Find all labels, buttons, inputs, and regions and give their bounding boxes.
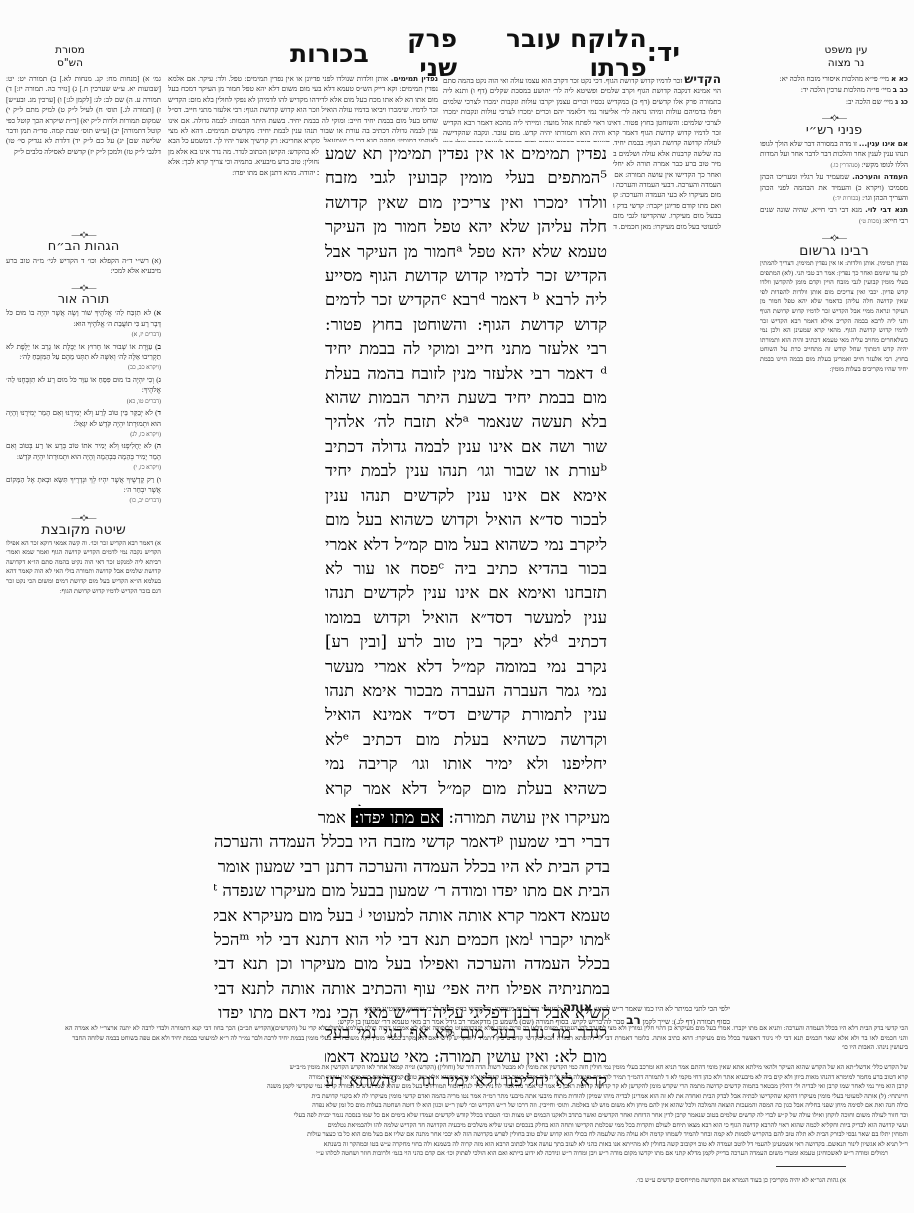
ein-mishpat-title: עין משפט xyxy=(806,44,886,57)
gemara-line: דכתיב ᵈלא יבקר בין טוב לרע [ובין רע] xyxy=(325,630,607,654)
commentary-line: ר״ל תניא לא אגשיון לינור תנאשם. בקדושה ר… xyxy=(65,1140,908,1150)
gemara-line: חלה עליהן שלא יהא טפל חמור מן העיקר xyxy=(325,215,607,239)
gemara-line: ענין למעשר דסד״א הואיל וקדוש במומו xyxy=(325,606,607,630)
gemara-line: ᵈ דאמר רבי אלעזר מנין לזובח בהמה בעלת xyxy=(325,362,607,386)
gemara-line: שור ושה אם אינו ענין לבמה גדולה דכתיב xyxy=(325,435,607,459)
torah-or-title: תורה אור xyxy=(6,295,161,305)
ein-mishpat-entry: כא א מיי׳ פי״א מהלכות איסורי מזבח הלכה י… xyxy=(760,74,908,84)
rashi-opening-word: הקדיש xyxy=(684,74,721,86)
torah-or-verse: ב) עַוֶּרֶת אוֹ שָׁבוּר אוֹ חָרוּץ אוֹ י… xyxy=(6,342,161,374)
masoret-hashas-column: גמ׳ א) [מנחות מח: קנ. מנחות לא.] ב) תמור… xyxy=(6,74,161,869)
gemara-line: בלא תעשה שנאמר ᵃלא תזבח לה׳ אלהיך xyxy=(325,410,607,434)
gemara-line: ⁵המתפים בעלי מומין קבועין לגבי מזבח xyxy=(325,166,607,190)
rabbeinu-gershom-title: רבינו גרשום xyxy=(760,246,908,256)
gemara-line: דברי רבי שמעון ᵖדאמר קדשי מזבח היו בכלל … xyxy=(214,830,610,854)
gemara-line: תזבחנו ואימא אם אינו ענין לקדשים תנהו xyxy=(325,581,607,605)
gemara-line: וולדו ימכרו ואין צריכין מום שאין קדושה xyxy=(325,191,607,215)
gemara-line: קדוש קדושת הגוף: והשוחטן בחוץ פטור: xyxy=(325,313,607,337)
gemara-line: לבכור סד״א הואיל וקדוש כשהוא בעל מום xyxy=(325,508,607,532)
daf-number: יד: xyxy=(647,38,680,68)
commentary-line: וכר חזור לעולה משום וחוכה לוקחן ואילו עו… xyxy=(65,1111,908,1121)
hagahot-habach-title: הגהות הב״ח xyxy=(6,242,161,252)
gemara-line: רבי אלעזר מתני חייב ומוקי לה בבמת יחיד xyxy=(325,337,607,361)
gemara-line: מום בבמת יחיד בשעת היתר הבמות שהוא xyxy=(325,386,607,410)
torah-or-verse: ג) וְכִי יִהְיֶה בוֹ מוּם פִּסֵּחַ אוֹ ע… xyxy=(6,375,161,407)
rashi-bottom-line: ילפי הכי לתני כמיתר לא היו כמו שאמר ר״ש … xyxy=(170,1002,730,1015)
gemara-line: טעמא שלא יהא טפל ᵃחמור מן העיקר אבל xyxy=(325,240,607,264)
gemara-line: טעמא דאמר קרא אותה אותה למעוטי ʲ בעל מום… xyxy=(214,904,610,928)
gemara-line: הקדיש זכר לדמיו קדוש קדושת הגוף מסייע xyxy=(325,264,607,288)
commentary-line: של הקדש כלל׳ אדשל״תא הא של הקדש שהוא העי… xyxy=(65,1063,908,1073)
gemara-line: בדק הבית לא היו בכלל העמדה והערכה דתנן ר… xyxy=(214,855,610,879)
ner-mitzvah-title: נר מצוה xyxy=(806,57,886,70)
torah-or-verse: ו) רַק קָדָשֶׁיךָ אֲשֶׁר יִהְיוּ לְךָ וּ… xyxy=(6,475,161,507)
gemara-line: במתניתיה אפילו חיה אפי׳ עוף והכתיב אותה … xyxy=(214,977,610,1001)
mishna-quote-highlight: אם מתו יפדו: xyxy=(351,808,443,827)
masoret-title: מסורת xyxy=(40,44,100,57)
gemara-line: ענין לתמורת קדשים דס״ד אמינא הואיל xyxy=(325,703,607,727)
commentary-line: כולה חנה ואת אם לסימה מיחן שפני בחליה אב… xyxy=(65,1101,908,1111)
gemara-line: כשהיא בעלת מום קמ״ל דלא אמר קרא xyxy=(325,777,607,801)
ein-mishpat-entry: כב ב מיי׳ פי״ה מהלכות ערכין הלכה יד: xyxy=(760,85,908,95)
torah-or-verse: ה) לֹא יַחֲלִיפֶנּוּ וְלֹא יָמִיר אֹתוֹ … xyxy=(6,441,161,473)
bottom-commentary-full: של הקדש כלל׳ אדשל״תא הא של הקדש שהוא העי… xyxy=(65,1063,908,1159)
gemara-line: יחליפנו ולא ימיר אותו וגו׳ קריבה נמי xyxy=(325,752,607,776)
gemara-line: הבית אם מתו יפדו ומודה ר׳ שמעון בבעל מום… xyxy=(214,879,610,903)
commentary-line: חיינתחי: (ל) אותה למעוטי בעלי מומין מעיק… xyxy=(65,1092,908,1102)
masoret-hashas-header: מסורת הש"ס xyxy=(40,44,100,70)
shita-mekubetzet-title: שיטה מקובצת xyxy=(6,525,161,535)
gemara-line: בכלל העמדה והערכה ואפילו בעל מום מעיקרו … xyxy=(214,952,610,976)
ein-mishpat-entry: כג ג מיי׳ שם הלכה יב: xyxy=(760,97,908,107)
page-header: יד: הלוקח עובר פרתו פרק שני בכורות xyxy=(290,38,680,68)
gemara-line: ᵏמתו יקברו ˡמאן חכמים תנא דבי לוי הוא דת… xyxy=(214,928,610,952)
torah-or-verse: ד) לֹא יְבַקֵּר בֵּין טוֹב לָרַע וְלֹא י… xyxy=(6,408,161,440)
penei-rashi-entry: אם אינו ענין... זו מדה במסורה דבר שלא הו… xyxy=(760,139,908,171)
tractate-name: בכורות xyxy=(290,39,369,68)
bottom-commentary-left: ופשוט כל תורה אלא לא אמרינן דהוה חולין ב… xyxy=(65,1024,470,1062)
rabbeinu-gershom-text: נפדין תמימין. אותן וולדות: או אין נפדין … xyxy=(760,259,908,879)
hashas-title: הש"ס xyxy=(40,57,100,70)
masoret-hashas-text: גמ׳ א) [מנחות מח: קנ. מנחות לא.] ב) תמור… xyxy=(6,74,161,224)
ein-mishpat-header: עין משפט נר מצוה xyxy=(806,44,886,70)
ein-mishpat-column: כא א מיי׳ פי״א מהלכות איסורי מזבח הלכה י… xyxy=(760,74,908,879)
commentary-line: רמולים ומודה ר״ש לאשכוחינן טעמא ומטרי מש… xyxy=(65,1149,908,1159)
gemara-line: נמי גמר העברה העברה מבכור אימא תנהו xyxy=(325,679,607,703)
gemara-line: ליה לרבא ᵇ דאמר ᵈרבא ᶜהקדיש זכר לדמים xyxy=(325,288,607,312)
penei-rashi-title: פניני רש״י xyxy=(760,126,908,136)
gemara-line: נקרב נמי במומה קמ״ל דלא אמרי מעשר xyxy=(325,655,607,679)
commentary-line: והמחין יתלו בם שאר גבסי לבורק הבית לא תל… xyxy=(65,1130,908,1140)
gemara-line: אימא אם אינו ענין לקדשים תנהו ענין xyxy=(325,484,607,508)
gemara-line: בכור בהדיא כתיב ביה ᶜפסח או עור לא xyxy=(325,557,607,581)
hagahot-habach-text: (א) רש״י ד״ה הקפלא וכו׳ ד הקדיש לגי׳ מ״ה… xyxy=(6,256,161,277)
bottom-commentary-right: הכי קדשי בדק הבית דלא היו בכלל העמדה והע… xyxy=(468,1024,908,1062)
commentary-line: קרבן הוא מיר נמי לאחר שמו קרבן ואי לבדיה… xyxy=(65,1082,908,1092)
gemara-highlight-line: מעיקרו אין עושה תמורה: אם מתו יפדו: אמר xyxy=(214,806,610,830)
gemara-line: ᵇעורת או שבור וגו׳ תנהו ענין לבמת יחיד xyxy=(325,459,607,483)
torah-or-verse: א) לא תִזְבַּח לַה׳ אֱלֹהֶיךָ שׁוֹר וָשֶ… xyxy=(6,308,161,340)
gemara-line: ליקרב נמי כשהוא בעל מום קמ״ל דלא אמרי xyxy=(325,533,607,557)
penei-rashi-entry: העמדה והערכה. שמעמיד על רגליו ומעריכו הכ… xyxy=(760,172,908,204)
commentary-line: קרא דטוב ברע מחמר למימרא דהנהו מאות ביוו… xyxy=(65,1073,908,1083)
commentary-line: ועשי קדושה הוא לבדיק ביות וחקליא לכמה שה… xyxy=(65,1121,908,1131)
shita-mekubetzet-text: א) דאמר רבא הקדיש זכר וכו׳. וה קשה אמאי … xyxy=(6,539,161,869)
footnote-separator xyxy=(776,1166,846,1167)
tosafot-opening-word: נפדין תמימים. xyxy=(391,74,438,83)
gemara-line: וקדושה כשהיא בעלת מום דכתיב ᵉלא xyxy=(325,728,607,752)
gemara-line: נפדין תמימים או אין נפדין תמימין תא שמע xyxy=(325,142,607,166)
penei-rashi-entry: תנא דבי לוי. מנא דבי רבי חייא, שהיה שונה… xyxy=(760,205,908,227)
gemara-wide-text: מעיקרו אין עושה תמורה: אם מתו יפדו: אמר … xyxy=(210,806,614,1026)
footnote: א) גהות הגר״א לא יהיה מקריבין כן בעוד הג… xyxy=(446,1176,846,1186)
